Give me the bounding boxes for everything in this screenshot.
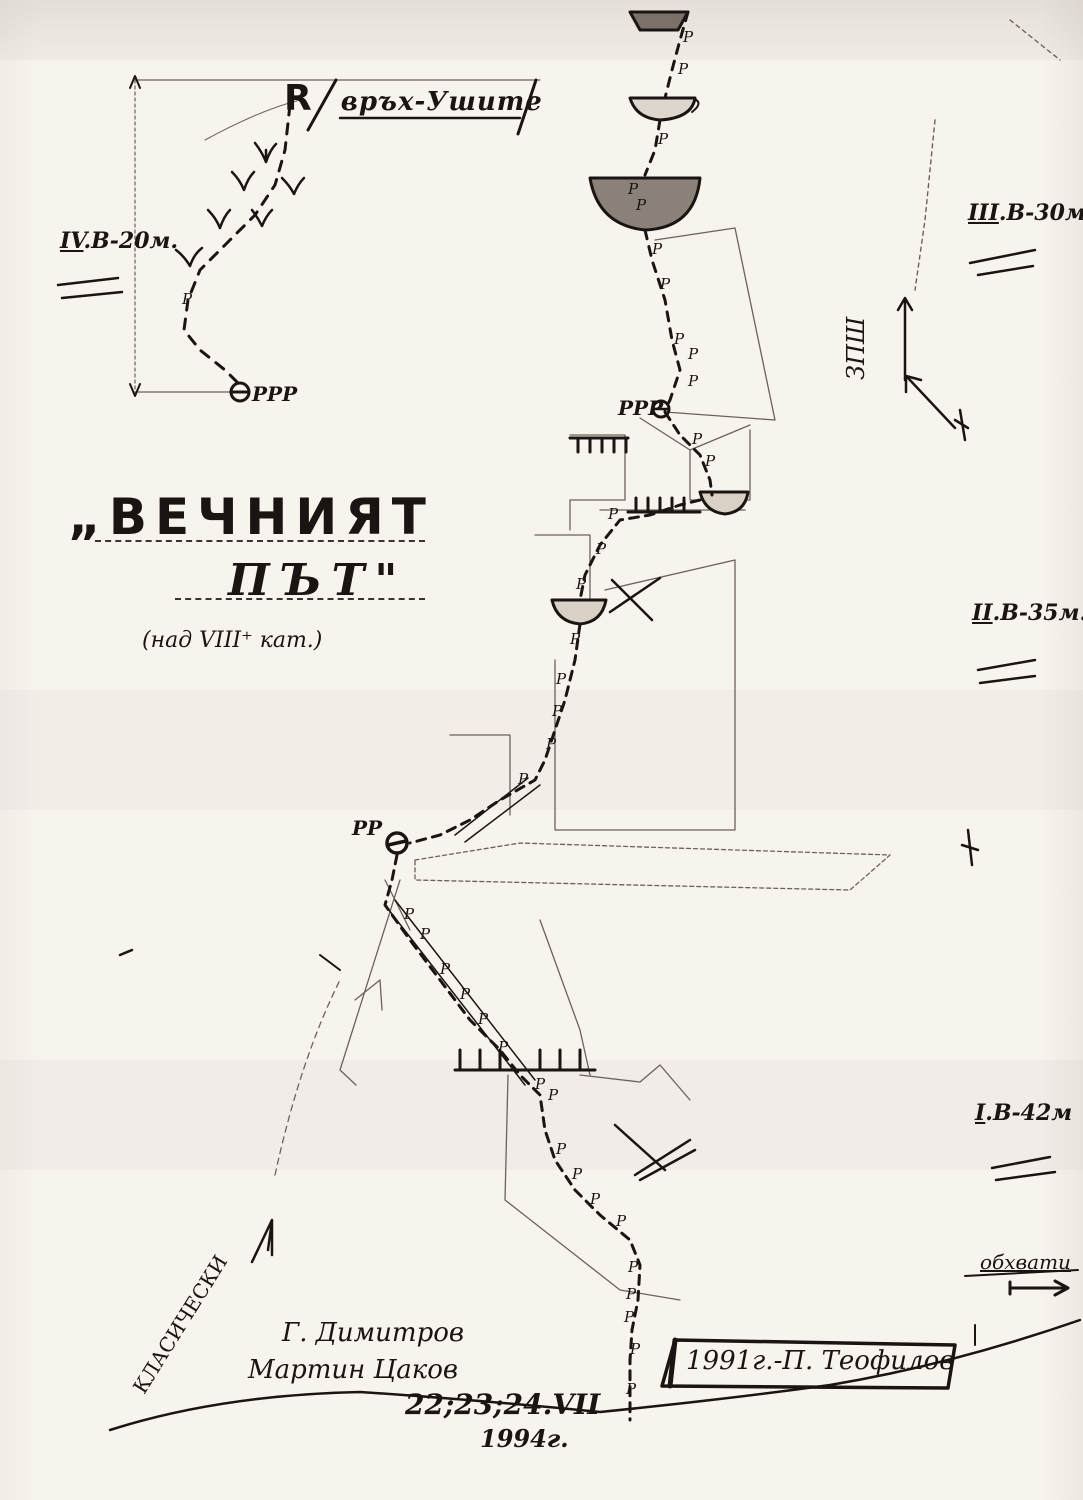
protection-marker: P: [182, 290, 192, 308]
protection-marker: P: [688, 345, 698, 363]
protection-marker: P: [420, 925, 430, 943]
tick-mark-icon: [962, 830, 978, 865]
belay-circle-icon: [231, 383, 249, 401]
protection-marker: P: [460, 985, 470, 1003]
ledge-hatching: [455, 438, 700, 1070]
belay-label: PP: [352, 816, 382, 840]
protection-marker: P: [546, 735, 556, 753]
pitch-label-iii: III.В-30м: [968, 200, 1083, 226]
protection-marker: P: [570, 630, 580, 648]
protection-marker: P: [518, 770, 528, 788]
protection-marker: P: [688, 372, 698, 390]
protection-marker: P: [608, 505, 618, 523]
protection-marker: P: [692, 430, 702, 448]
pitch-iv-exit-box: [130, 76, 540, 396]
first-ascent-label: 1991г.-П. Теофилов: [686, 1346, 954, 1376]
ascent-dates: 22;23;24.VII: [405, 1388, 600, 1421]
summit-label: R връх-Ушите: [284, 78, 543, 119]
title-underline: [95, 540, 425, 542]
author-line1: Г. Димитров: [282, 1318, 464, 1348]
summit-marker: R: [284, 78, 313, 119]
wall-features: [275, 228, 890, 1300]
protection-marker: P: [572, 1165, 582, 1183]
protection-marker: P: [590, 1190, 600, 1208]
pitch-label-ii: II.В-35м.: [972, 600, 1083, 626]
protection-marker: P: [596, 540, 606, 558]
belay-label: PPP: [252, 382, 297, 406]
protection-marker: P: [552, 702, 562, 720]
protection-marker: P: [660, 275, 670, 293]
protection-marker: P: [626, 1380, 636, 1398]
belay-circle-icon: [387, 833, 407, 853]
ascent-year: 1994г.: [480, 1424, 569, 1453]
protection-marker: P: [674, 330, 684, 348]
protection-marker: P: [556, 670, 566, 688]
protection-marker: P: [630, 1340, 640, 1358]
pitch-label-iv: IV.В-20м.: [60, 228, 178, 254]
protection-marker: P: [658, 130, 668, 148]
grass-tuft-icons: [176, 143, 304, 266]
descent-arrow-icon: [898, 298, 968, 440]
protection-marker: P: [535, 1075, 545, 1093]
protection-marker: P: [556, 1140, 566, 1158]
route-grade: (над VIII⁺ кат.): [142, 628, 322, 653]
pitch-ii-route: [410, 412, 712, 843]
author-line2: Мартин Цаков: [248, 1355, 458, 1385]
title-underline: [175, 598, 425, 600]
crossed-out-mark-icon: [610, 578, 695, 1180]
topo-sheet: P P P P P P P P P P P P P P P P P P P P …: [0, 0, 1083, 1500]
protection-marker: P: [678, 60, 688, 78]
protection-marker: P: [705, 452, 715, 470]
protection-marker: P: [626, 1285, 636, 1303]
descent-label: ЗПШ: [842, 317, 870, 380]
protection-marker: P: [636, 196, 646, 214]
summit-name: връх-Ушите: [341, 87, 543, 117]
protection-marker: P: [576, 575, 586, 593]
protection-marker: P: [440, 960, 450, 978]
belay-circle-icon: [650, 398, 672, 420]
protection-marker: P: [652, 240, 662, 258]
protection-marker: P: [498, 1038, 508, 1056]
protection-marker: P: [478, 1010, 488, 1028]
protection-marker: P: [628, 1258, 638, 1276]
protection-marker: P: [548, 1086, 558, 1104]
pitch-label-i: I.В-42м: [975, 1100, 1072, 1126]
route-title-line1: „ВЕЧНИЯТ: [68, 488, 434, 546]
protection-marker: P: [404, 905, 414, 923]
classic-route-arrow-icon: [252, 1220, 272, 1262]
protection-marker: P: [683, 28, 693, 46]
route-topo-drawing: [0, 0, 1083, 1500]
protection-marker: P: [616, 1212, 626, 1230]
bypass-label: обхвати: [980, 1250, 1071, 1274]
protection-marker: P: [624, 1308, 634, 1326]
